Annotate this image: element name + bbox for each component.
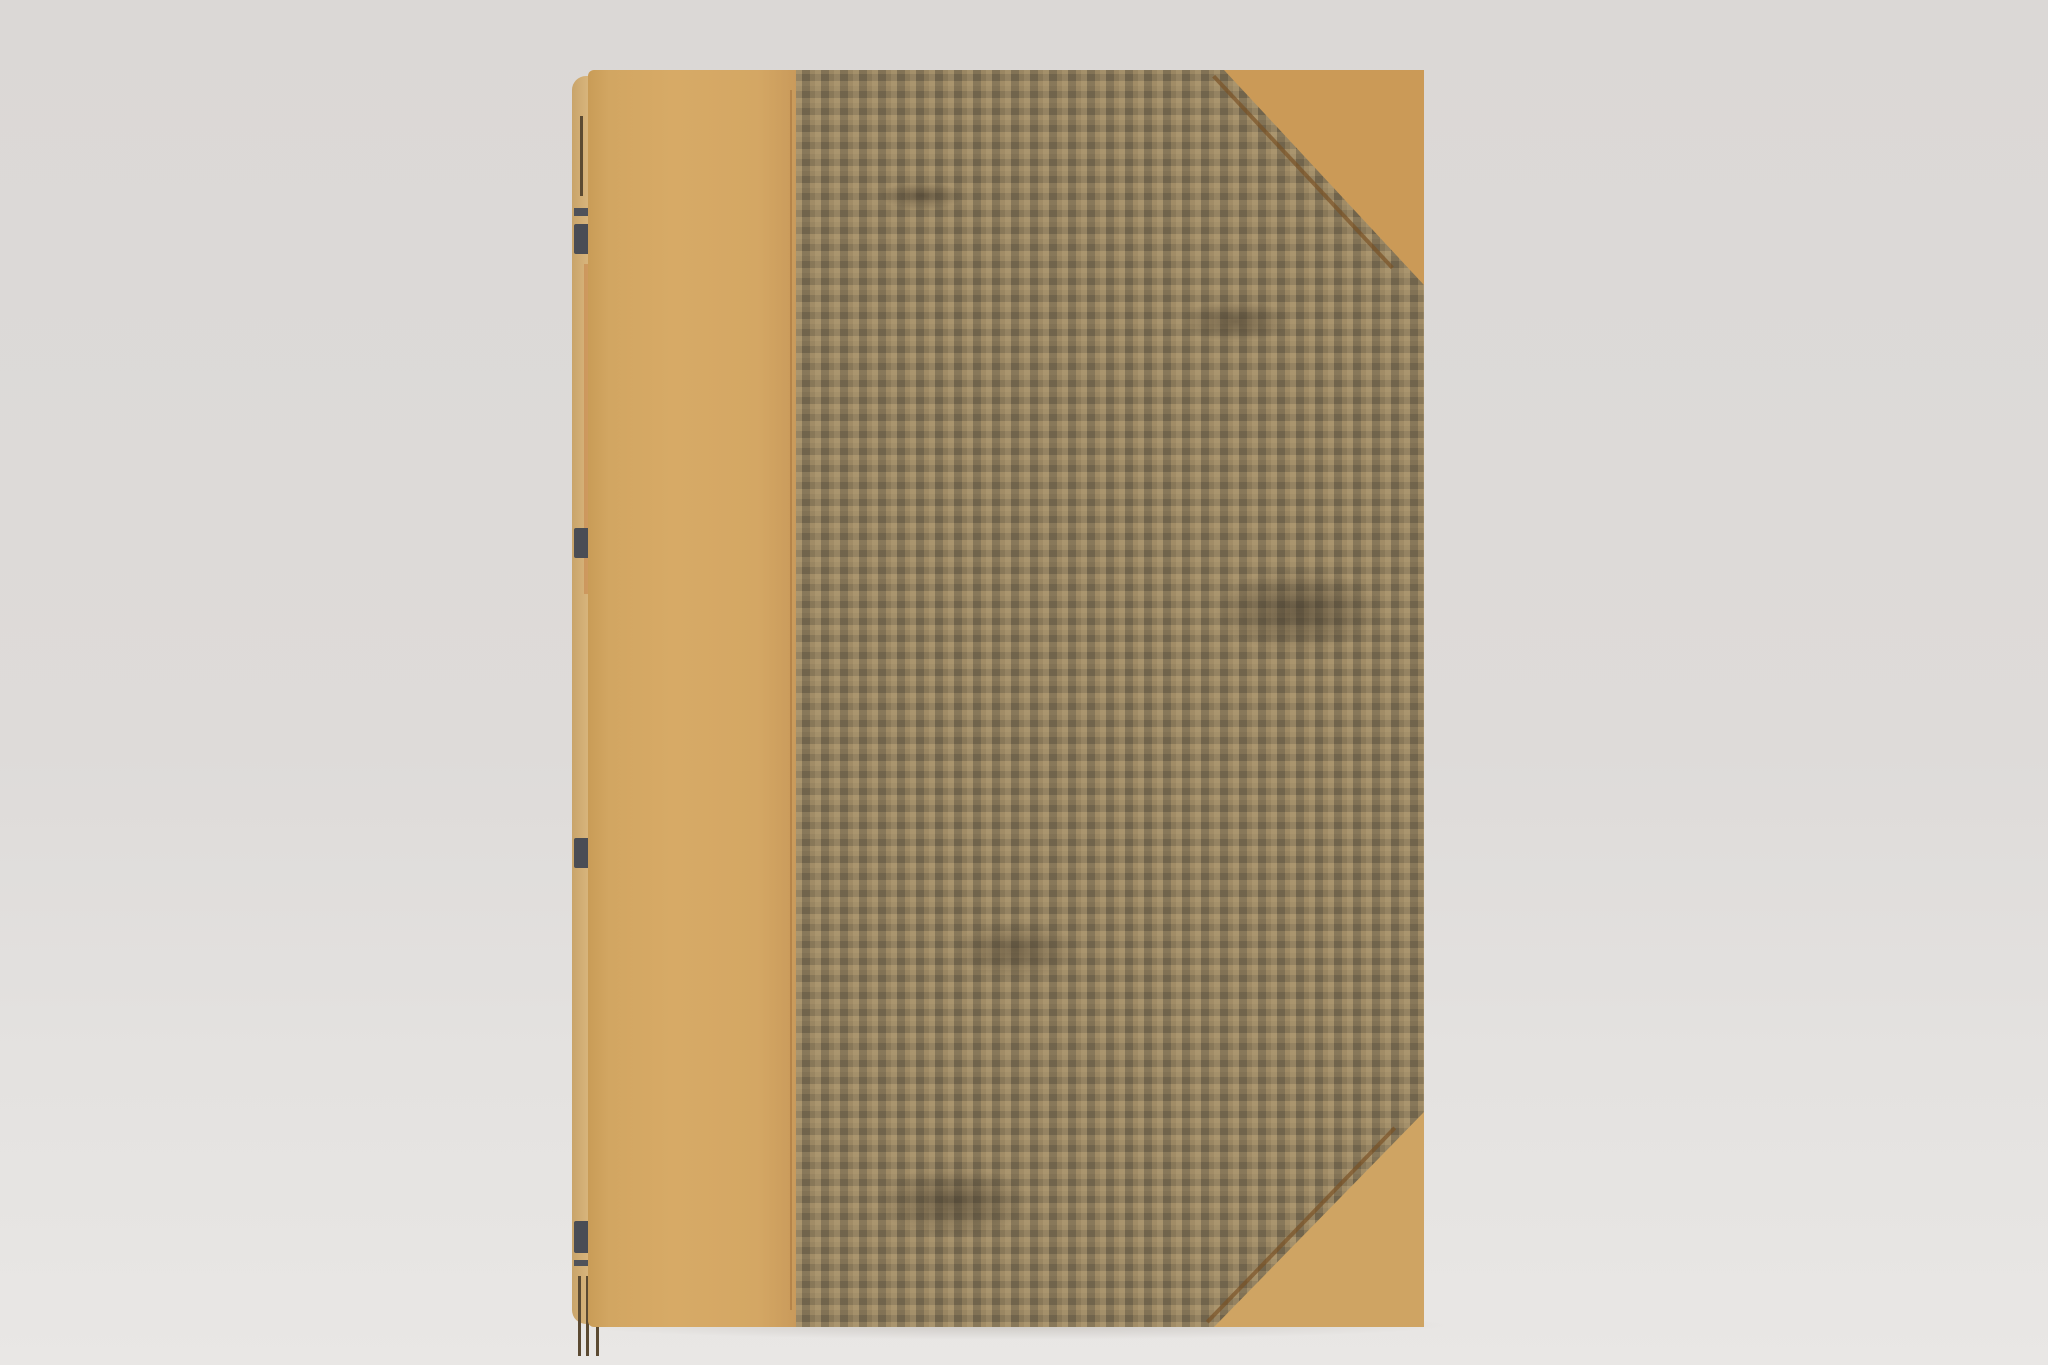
book: [572, 70, 1424, 1327]
marbled-paper-board: [796, 70, 1424, 1327]
leather-corner-top-right: [1224, 70, 1424, 285]
spine-rule: [578, 1276, 581, 1356]
leather-spine-panel: [588, 70, 800, 1327]
spine-rule: [580, 116, 583, 196]
leather-corner-bottom-right: [1214, 1112, 1424, 1327]
